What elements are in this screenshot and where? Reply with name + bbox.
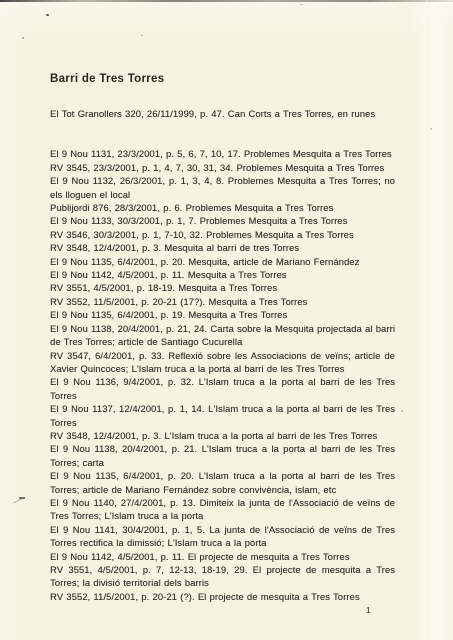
reference-entry: El 9 Nou 1131, 23/3/2001, p. 5, 6, 7, 10…: [50, 147, 395, 160]
scan-top-edge-artifact: [0, 0, 453, 2]
pencil-dash: [19, 497, 25, 499]
page-number: 1: [366, 606, 370, 615]
reference-entry: El 9 Nou 1141, 30/4/2001, p. 1, 5. La ju…: [50, 523, 395, 550]
reference-entry: RV 3546, 30/3/2001, p. 1, 7-10, 32. Prob…: [50, 228, 395, 241]
reference-entry: El 9 Nou 1137, 12/4/2001, p. 1, 14. L'Is…: [50, 402, 395, 429]
pencil-mark-artifact: [13, 496, 27, 506]
scanned-document-page: Barri de Tres Torres El Tot Granollers 3…: [0, 0, 453, 640]
reference-entry: El 9 Nou 1135, 6/4/2001, p. 20. Mesquita…: [50, 255, 395, 268]
reference-entry: RV 3545, 23/3/2001, p. 1, 4, 7, 30, 31, …: [50, 161, 395, 174]
scan-speck: [141, 35, 143, 36]
reference-entry: El 9 Nou 1138, 20/4/2001, p. 21, 24. Car…: [50, 322, 395, 349]
pencil-slash: [13, 497, 23, 503]
reference-entry: RV 3551, 4/5/2001, p. 7, 12-13, 18-19, 2…: [50, 563, 395, 590]
reference-entry: El 9 Nou 1138, 20/4/2001, p. 21. L'Islam…: [50, 442, 395, 469]
reference-entry: Publijordi 876, 28/3/2001, p. 6. Problem…: [50, 201, 395, 214]
scan-speck: [46, 14, 49, 16]
reference-entry: El 9 Nou 1136, 9/4/2001, p. 32. L'Islam …: [50, 375, 395, 402]
reference-entry: RV 3552, 11/5/2001, p. 20-21 (17?). Mesq…: [50, 295, 395, 308]
reference-entry: RV 3548, 12/4/2001, p. 3. L'Islam truca …: [50, 429, 395, 442]
document-content: Barri de Tres Torres El Tot Granollers 3…: [50, 72, 395, 603]
reference-entry: El 9 Nou 1142, 4/5/2001, p. 11. El proje…: [50, 550, 395, 563]
reference-entry: El 9 Nou 1140, 27/4/2001, p. 13. Dimitei…: [50, 496, 395, 523]
reference-entry: El 9 Nou 1133, 30/3/2001, p. 1, 7. Probl…: [50, 214, 395, 227]
scan-speck: [22, 37, 24, 39]
reference-entry: RV 3551, 4/5/2001, p. 18-19. Mesquita a …: [50, 281, 395, 294]
page-title: Barri de Tres Torres: [50, 72, 395, 86]
intro-reference-entry: El Tot Granollers 320, 26/11/1999, p. 47…: [50, 107, 395, 120]
scan-speck: [430, 128, 432, 130]
reference-entry: RV 3548, 12/4/2001, p. 3. Mesquita al ba…: [50, 241, 395, 254]
scan-crease-artifact: [425, 0, 428, 640]
reference-entry: El 9 Nou 1135, 6/4/2001, p. 20. L'Islam …: [50, 469, 395, 496]
reference-entry: RV 3547, 6/4/2001, p. 33. Reflexió sobre…: [50, 349, 395, 376]
reference-entry: El 9 Nou 1135, 6/4/2001, p. 19. Mesquita…: [50, 308, 395, 321]
reference-entry: El 9 Nou 1142, 4/5/2001, p. 11. Mesquita…: [50, 268, 395, 281]
scan-speck: [401, 410, 403, 412]
reference-entry: El 9 Nou 1132, 26/3/2001, p. 1, 3, 4, 8.…: [50, 174, 395, 201]
reference-list: El 9 Nou 1131, 23/3/2001, p. 5, 6, 7, 10…: [50, 147, 395, 603]
reference-entry: RV 3552, 11/5/2001, p. 20-21 (?). El pro…: [50, 590, 395, 603]
scan-speck: [300, 4, 303, 5]
